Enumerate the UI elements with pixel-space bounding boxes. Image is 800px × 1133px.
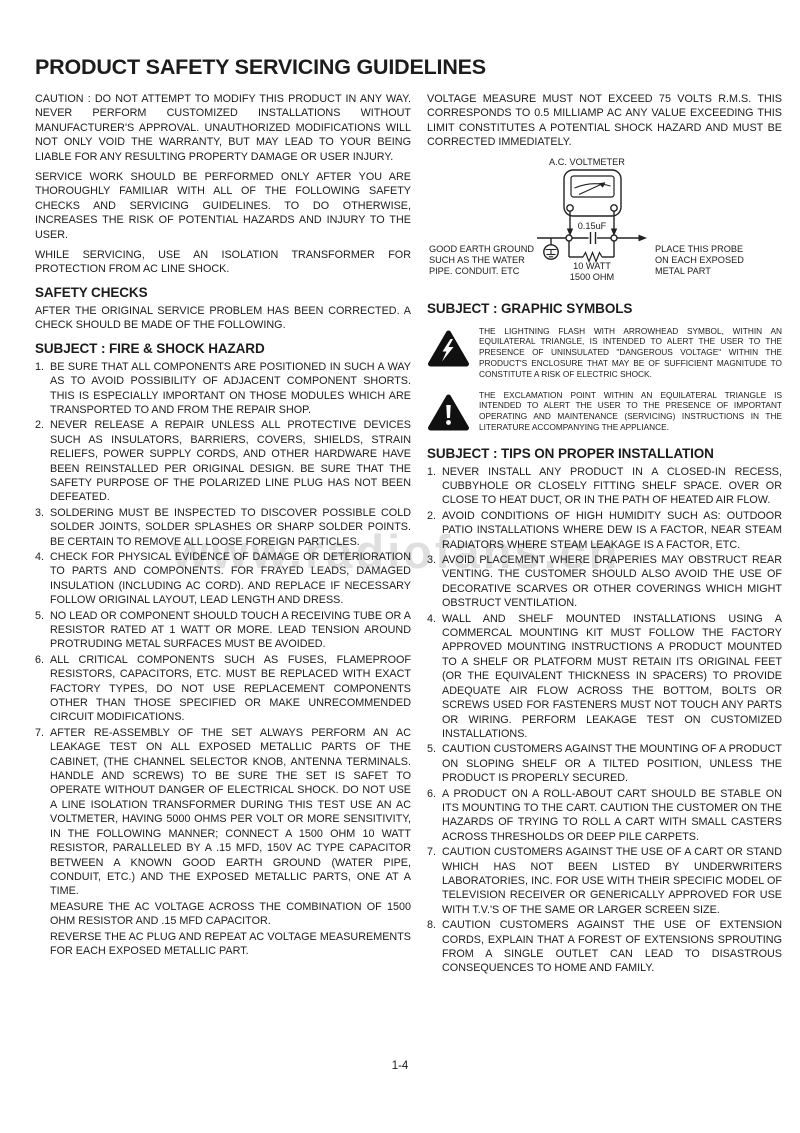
page-title: PRODUCT SAFETY SERVICING GUIDELINES	[35, 55, 783, 80]
list-item: 7.AFTER RE-ASSEMBLY OF THE SET ALWAYS PE…	[35, 726, 411, 899]
list-item: 8.CAUTION CUSTOMERS AGAINST THE USE OF E…	[427, 918, 782, 976]
list-item: 2.NEVER RELEASE A REPAIR UNLESS ALL PROT…	[35, 418, 411, 504]
resistor-label-1: 10 WATT	[573, 261, 611, 271]
voltmeter-circuit-illustration: A.C. VOLTMETER 0.15uF 10 WATT 1500 OHM G…	[427, 156, 782, 288]
list-item: 2.AVOID CONDITIONS OF HIGH HUMIDITY SUCH…	[427, 509, 782, 552]
item-text: AFTER RE-ASSEMBLY OF THE SET ALWAYS PERF…	[50, 727, 411, 897]
item-number: 7.	[427, 845, 436, 859]
item-text: A PRODUCT ON A ROLL-ABOUT CART SHOULD BE…	[442, 788, 782, 843]
item-text: AVOID PLACEMENT WHERE DRAPERIES MAY OBST…	[442, 554, 782, 609]
item-number: 1.	[35, 360, 44, 374]
service-work-paragraph: SERVICE WORK SHOULD BE PERFORMED ONLY AF…	[35, 170, 411, 242]
ac-leakage-test-diagram: A.C. VOLTMETER 0.15uF 10 WATT 1500 OHM G…	[427, 156, 782, 293]
document-page: PRODUCT SAFETY SERVICING GUIDELINES CAUT…	[0, 0, 800, 977]
item-number: 4.	[35, 550, 44, 564]
item-number: 1.	[427, 465, 436, 479]
page-number: 1-4	[0, 1060, 800, 1072]
item-text: SOLDERING MUST BE INSPECTED TO DISCOVER …	[50, 507, 411, 548]
meter-terminal-right	[611, 204, 617, 210]
item-number: 6.	[35, 653, 44, 667]
list-item: 7.CAUTION CUSTOMERS AGAINST THE USE OF A…	[427, 845, 782, 917]
voltage-note-paragraph: VOLTAGE MEASURE MUST NOT EXCEED 75 VOLTS…	[427, 92, 782, 150]
list-item: 3.AVOID PLACEMENT WHERE DRAPERIES MAY OB…	[427, 553, 782, 611]
ground-label-1: GOOD EARTH GROUND	[429, 244, 534, 254]
ground-label-2: SUCH AS THE WATER	[429, 255, 525, 265]
ground-label-3: PIPE. CONDUIT. ETC	[429, 266, 520, 276]
fire-shock-heading: SUBJECT : FIRE & SHOCK HAZARD	[35, 341, 411, 356]
item-number: 2.	[35, 418, 44, 432]
item-number: 5.	[427, 742, 436, 756]
graphic-symbol-text: THE EXCLAMATION POINT WITHIN AN EQUILATE…	[479, 389, 782, 433]
item-text: NEVER INSTALL ANY PRODUCT IN A CLOSED-IN…	[442, 466, 782, 507]
probe-label-3: METAL PART	[655, 266, 711, 276]
list-item: 6.A PRODUCT ON A ROLL-ABOUT CART SHOULD …	[427, 787, 782, 845]
item-text: REVERSE THE AC PLUG AND REPEAT AC VOLTAG…	[50, 931, 411, 957]
list-item: 6.ALL CRITICAL COMPONENTS SUCH AS FUSES,…	[35, 653, 411, 725]
item-number: 2.	[427, 509, 436, 523]
list-item: 4.CHECK FOR PHYSICAL EVIDENCE OF DAMAGE …	[35, 550, 411, 608]
right-column: VOLTAGE MEASURE MUST NOT EXCEED 75 VOLTS…	[427, 92, 782, 977]
item-text: CAUTION CUSTOMERS AGAINST THE USE OF A C…	[442, 846, 782, 916]
item-text: MEASURE THE AC VOLTAGE ACROSS THE COMBIN…	[50, 901, 411, 927]
item-text: CAUTION CUSTOMERS AGAINST THE USE OF EXT…	[442, 919, 782, 974]
item-number: 6.	[427, 787, 436, 801]
item-text: CHECK FOR PHYSICAL EVIDENCE OF DAMAGE OR…	[50, 551, 411, 606]
item-number: 3.	[427, 553, 436, 567]
item-number: 3.	[35, 506, 44, 520]
item-text: BE SURE THAT ALL COMPONENTS ARE POSITION…	[50, 361, 411, 416]
two-column-layout: CAUTION : DO NOT ATTEMPT TO MODIFY THIS …	[35, 92, 783, 977]
capacitor-label: 0.15uF	[578, 221, 607, 231]
list-item: 5.CAUTION CUSTOMERS AGAINST THE MOUNTING…	[427, 742, 782, 785]
item-text: NEVER RELEASE A REPAIR UNLESS ALL PROTEC…	[50, 419, 411, 503]
list-item: 1.NEVER INSTALL ANY PRODUCT IN A CLOSED-…	[427, 465, 782, 508]
list-item-continuation: REVERSE THE AC PLUG AND REPEAT AC VOLTAG…	[35, 930, 411, 959]
probe-label-1: PLACE THIS PROBE	[655, 244, 743, 254]
graphic-symbol-entry: THE EXCLAMATION POINT WITHIN AN EQUILATE…	[427, 389, 782, 438]
node-left	[566, 235, 572, 241]
item-text: AVOID CONDITIONS OF HIGH HUMIDITY SUCH A…	[442, 510, 782, 551]
caution-paragraph: CAUTION : DO NOT ATTEMPT TO MODIFY THIS …	[35, 92, 411, 164]
probe-label-2: ON EACH EXPOSED	[655, 255, 744, 265]
exclamation-triangle-icon	[427, 389, 470, 438]
item-text: CAUTION CUSTOMERS AGAINST THE MOUNTING O…	[442, 743, 782, 784]
item-number: 8.	[427, 918, 436, 932]
item-number: 7.	[35, 726, 44, 740]
lightning-flash-triangle-icon	[427, 325, 470, 374]
diagram-title: A.C. VOLTMETER	[549, 157, 625, 167]
list-item: 1.BE SURE THAT ALL COMPONENTS ARE POSITI…	[35, 360, 411, 418]
meter-scale-arc	[575, 183, 611, 187]
left-column: CAUTION : DO NOT ATTEMPT TO MODIFY THIS …	[35, 92, 411, 959]
meter-terminal-left	[567, 204, 573, 210]
safety-checks-heading: SAFETY CHECKS	[35, 285, 411, 300]
isolation-transformer-paragraph: WHILE SERVICING, USE AN ISOLATION TRANSF…	[35, 248, 411, 277]
list-item-continuation: MEASURE THE AC VOLTAGE ACROSS THE COMBIN…	[35, 900, 411, 929]
safety-checks-body: AFTER THE ORIGINAL SERVICE PROBLEM HAS B…	[35, 304, 411, 333]
item-text: ALL CRITICAL COMPONENTS SUCH AS FUSES, F…	[50, 654, 411, 724]
item-text: NO LEAD OR COMPONENT SHOULD TOUCH A RECE…	[50, 610, 411, 651]
graphic-symbols-heading: SUBJECT : GRAPHIC SYMBOLS	[427, 301, 782, 316]
list-item: 3.SOLDERING MUST BE INSPECTED TO DISCOVE…	[35, 506, 411, 549]
graphic-symbol-text: THE LIGHTNING FLASH WITH ARROWHEAD SYMBO…	[479, 325, 782, 380]
graphic-symbol-entry: THE LIGHTNING FLASH WITH ARROWHEAD SYMBO…	[427, 325, 782, 380]
item-text: WALL AND SHELF MOUNTED INSTALLATIONS USI…	[442, 613, 782, 740]
resistor-label-2: 1500 OHM	[570, 272, 614, 282]
list-item: 4.WALL AND SHELF MOUNTED INSTALLATIONS U…	[427, 612, 782, 742]
down-arrow-right	[611, 228, 617, 236]
item-number: 4.	[427, 612, 436, 626]
probe-arrow	[639, 234, 648, 241]
item-number: 5.	[35, 609, 44, 623]
tips-heading: SUBJECT : TIPS ON PROPER INSTALLATION	[427, 446, 782, 461]
list-item: 5.NO LEAD OR COMPONENT SHOULD TOUCH A RE…	[35, 609, 411, 652]
